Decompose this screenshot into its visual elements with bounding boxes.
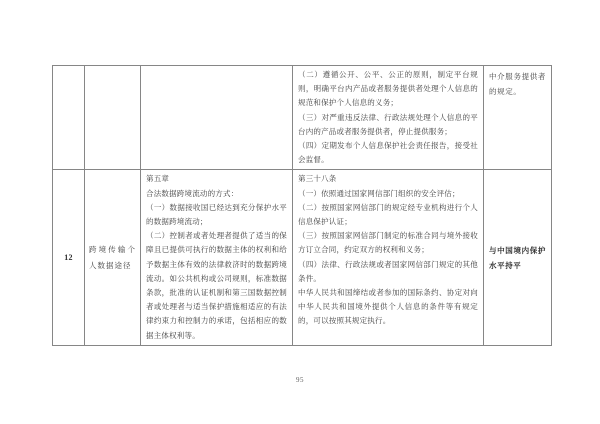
law-paragraph: （一）数据接收国已经达到充分保护水平 的数据跨境流动； <box>146 201 287 229</box>
comparison-table: （二）遵循公开、公平、公正的原则，制定平台规则，明确平台内产品或者服务提供者处理… <box>52 65 552 346</box>
law-paragraph: （二）控制者或者处理者提供了适当的保障且已提供可执行的数据主体的权利和给予数据主… <box>146 229 287 343</box>
right-law-cell: （二）遵循公开、公平、公正的原则，制定平台规则，明确平台内产品或者服务提供者处理… <box>293 66 484 170</box>
comparison-note-cell: 与中国境内保护水平持平 <box>484 170 552 345</box>
law-paragraph: 第五章 <box>146 172 287 186</box>
law-paragraph: （二）按照国家网信部门的规定经专业机构进行个人信息保护认证； <box>298 201 478 229</box>
row-topic-cell: 跨境传输个人数据途径 <box>85 170 141 345</box>
law-paragraph: （三）对严重违反法律、行政法规处理个人信息的平台内的产品或者服务提供者，停止提供… <box>298 111 478 139</box>
note-paragraph: 与中国境内保护水平持平 <box>489 243 546 273</box>
left-law-cell <box>141 66 293 170</box>
table-row: 12 跨境传输个人数据途径 第五章 合法数据跨境流动的方式： （一）数据接收国已… <box>53 170 552 345</box>
law-paragraph: （三）按照国家网信部门制定的标准合同与境外接收方订立合同，约定双方的权利和义务； <box>298 229 478 257</box>
note-paragraph: 中介服务提供者的规定。 <box>489 69 546 99</box>
law-paragraph: （二）遵循公开、公平、公正的原则，制定平台规则，明确平台内产品或者服务提供者处理… <box>298 68 478 111</box>
row-index-cell <box>53 66 85 170</box>
right-law-cell: 第三十八条 （一）依照通过国家网信部门组织的安全评估； （二）按照国家网信部门的… <box>293 170 484 345</box>
law-paragraph: （一）依照通过国家网信部门组织的安全评估； <box>298 187 478 201</box>
row-index-cell: 12 <box>53 170 85 345</box>
row-topic-cell <box>85 66 141 170</box>
law-paragraph: 中华人民共和国缔结或者参加的国际条约、协定对向中华人民共和国境外提供个人信息的条… <box>298 286 478 329</box>
law-paragraph: 合法数据跨境流动的方式： <box>146 187 287 201</box>
table-row-continued: （二）遵循公开、公平、公正的原则，制定平台规则，明确平台内产品或者服务提供者处理… <box>53 66 552 170</box>
left-law-cell: 第五章 合法数据跨境流动的方式： （一）数据接收国已经达到充分保护水平 的数据跨… <box>141 170 293 345</box>
document-page: { "page": { "number": "95", "background"… <box>0 0 600 424</box>
law-paragraph: （四）法律、行政法规或者国家网信部门规定的其他条件。 <box>298 258 478 286</box>
law-paragraph: （四）定期发布个人信息保护社会责任报告，接受社会监督。 <box>298 139 478 167</box>
comparison-note-cell: 中介服务提供者的规定。 <box>484 66 552 170</box>
page-number: 95 <box>0 376 600 384</box>
law-paragraph: 第三十八条 <box>298 172 478 186</box>
